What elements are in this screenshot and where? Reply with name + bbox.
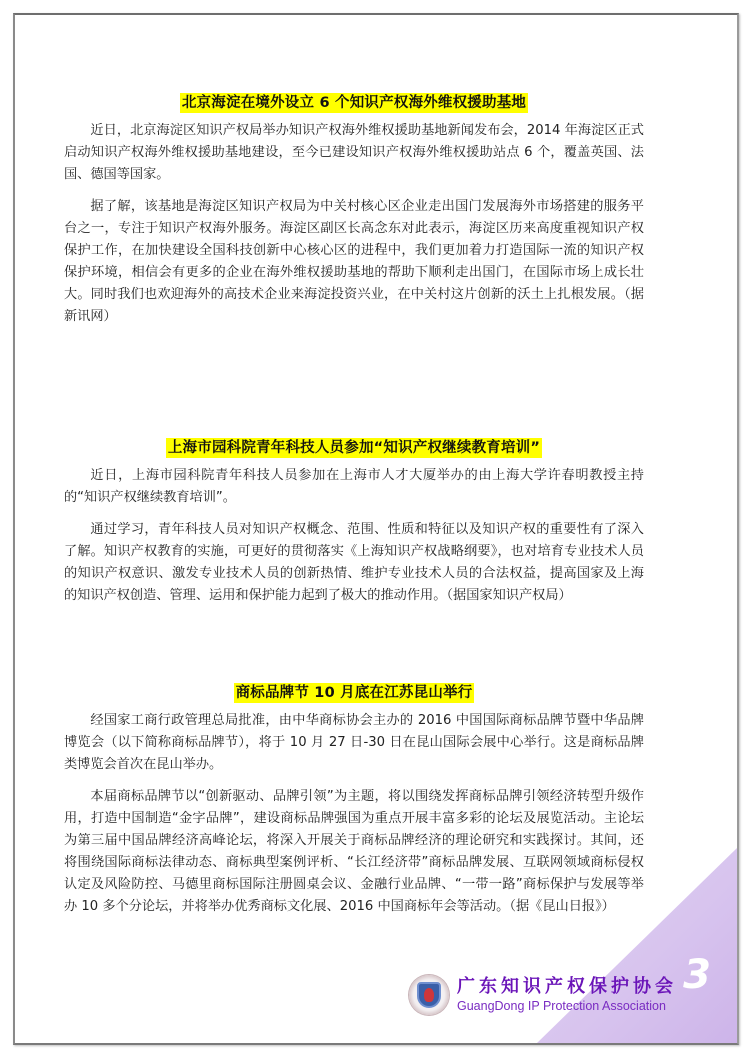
article-paragraph: 通过学习，青年科技人员对知识产权概念、范围、性质和特征以及知识产权的重要性有了深… [64, 519, 644, 607]
article-paragraph: 近日，上海市园科院青年科技人员参加在上海市人才大厦举办的由上海大学许春明教授主持… [64, 465, 644, 509]
page-number: 3 [683, 955, 711, 995]
document-page: 3 北京海淀在境外设立 6 个知识产权海外维权援助基地 近日，北京海淀区知识产权… [13, 13, 739, 1045]
article-paragraph: 据了解，该基地是海淀区知识产权局为中关村核心区企业走出国门发展海外市场搭建的服务… [64, 196, 644, 328]
article-title: 北京海淀在境外设立 6 个知识产权海外维权援助基地 [180, 93, 528, 113]
article-paragraph: 近日，北京海淀区知识产权局举办知识产权海外维权援助基地新闻发布会，2014 年海… [64, 120, 644, 186]
article-haidian: 北京海淀在境外设立 6 个知识产权海外维权援助基地 近日，北京海淀区知识产权局举… [64, 92, 644, 328]
article-title: 商标品牌节 10 月底在江苏昆山举行 [234, 683, 475, 703]
association-emblem-icon [409, 975, 449, 1015]
org-name-cn: 广东知识产权保护协会 [457, 976, 677, 998]
org-name-en: GuangDong IP Protection Association [457, 998, 677, 1014]
article-title: 上海市园科院青年科技人员参加“知识产权继续教育培训” [166, 438, 542, 458]
article-paragraph: 本届商标品牌节以“创新驱动、品牌引领”为主题，将以围绕发挥商标品牌引领经济转型升… [64, 786, 644, 918]
article-paragraph: 经国家工商行政管理总局批准，由中华商标协会主办的 2016 中国国际商标品牌节暨… [64, 710, 644, 776]
article-trademark-festival: 商标品牌节 10 月底在江苏昆山举行 经国家工商行政管理总局批准，由中华商标协会… [64, 682, 644, 918]
article-shanghai: 上海市园科院青年科技人员参加“知识产权继续教育培训” 近日，上海市园科院青年科技… [64, 437, 644, 607]
footer-logo: 广东知识产权保护协会 GuangDong IP Protection Assoc… [409, 975, 677, 1015]
